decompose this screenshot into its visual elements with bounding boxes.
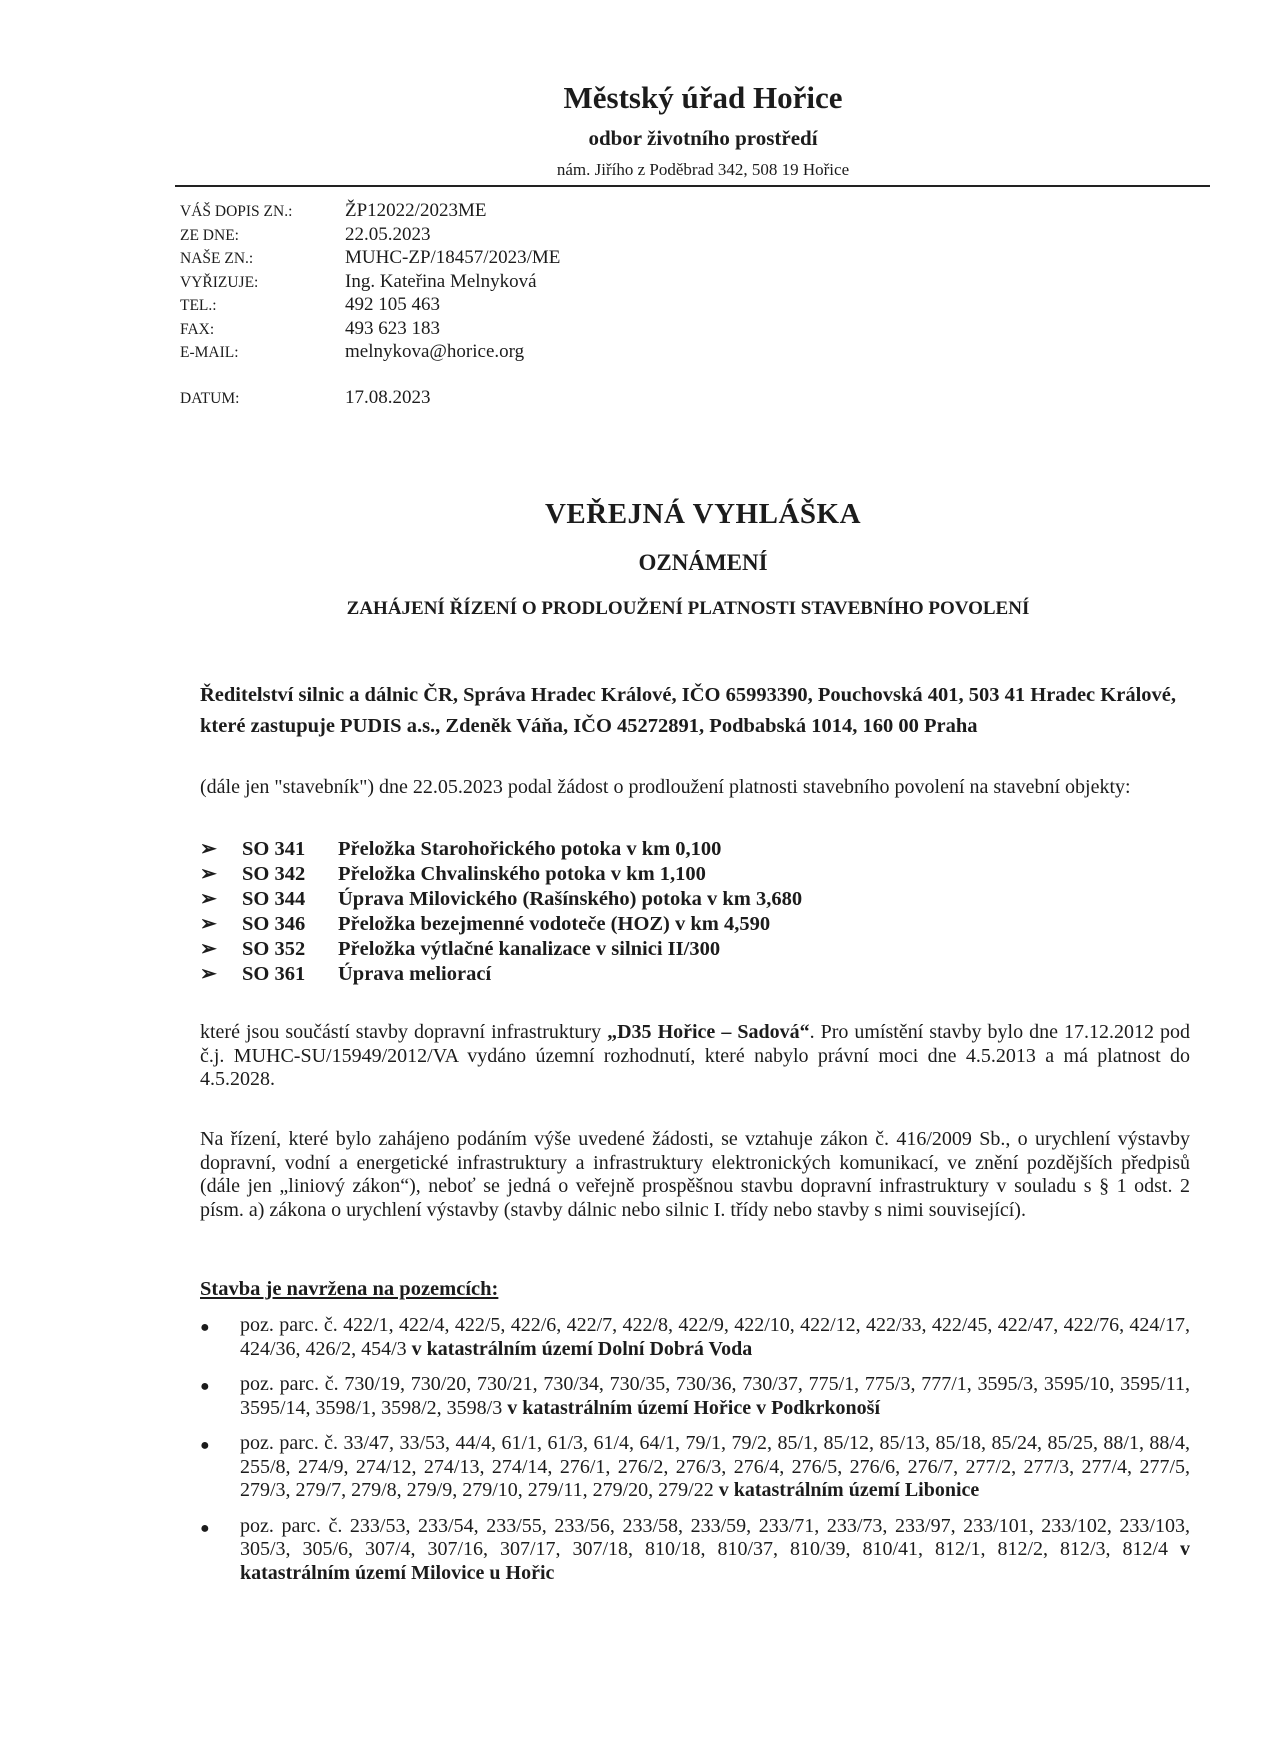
parcels-heading: Stavba je navržena na pozemcích: (200, 1278, 498, 1301)
paragraph-text: které jsou součástí stavby dopravní infr… (200, 1021, 607, 1043)
cadastral-territory: v katastrálním území Hořice v Podkrkonoš… (507, 1397, 880, 1419)
meta-label: ZE DNE: (180, 227, 345, 245)
arrow-bullet-icon: ➢ (200, 836, 242, 861)
list-item: ➢SO 344Úprava Milovického (Rašínského) p… (200, 886, 802, 911)
parcel-numbers: poz. parc. č. 33/47, 33/53, 44/4, 61/1, … (240, 1432, 1190, 1501)
parcel-text: poz. parc. č. 233/53, 233/54, 233/55, 23… (240, 1515, 1190, 1586)
meta-value: 22.05.2023 (345, 224, 431, 246)
meta-value: MUHC-ZP/18457/2023/ME (345, 247, 560, 269)
parcel-text: poz. parc. č. 422/1, 422/4, 422/5, 422/6… (240, 1314, 1190, 1361)
law-paragraph: Na řízení, které bylo zahájeno podáním v… (200, 1128, 1190, 1222)
object-code: SO 352 (242, 938, 338, 961)
applicant-name: Ředitelství silnic a dálnic ČR, Správa H… (200, 683, 1190, 708)
list-item: ➢SO 342Přeložka Chvalinského potoka v km… (200, 861, 802, 886)
parcel-text: poz. parc. č. 730/19, 730/20, 730/21, 73… (240, 1373, 1190, 1420)
meta-row: VYŘIZUJE:Ing. Kateřina Melnyková (180, 271, 560, 295)
object-code: SO 342 (242, 863, 338, 886)
list-item: ➢SO 361Úprava meliorací (200, 961, 802, 986)
department-name: odbor životního prostředí (0, 126, 1276, 151)
object-code: SO 341 (242, 838, 338, 861)
list-item: ●poz. parc. č. 422/1, 422/4, 422/5, 422/… (200, 1314, 1190, 1361)
meta-row: ZE DNE:22.05.2023 (180, 224, 560, 248)
object-name: Přeložka Chvalinského potoka v km 1,100 (338, 863, 706, 886)
applicant-representative: které zastupuje PUDIS a.s., Zdeněk Váňa,… (200, 714, 1190, 739)
office-address: nám. Jiřího z Poděbrad 342, 508 19 Hořic… (0, 160, 1276, 180)
cadastral-territory: v katastrálním území Libonice (719, 1479, 980, 1501)
parcel-text: poz. parc. č. 33/47, 33/53, 44/4, 61/1, … (240, 1432, 1190, 1503)
arrow-bullet-icon: ➢ (200, 961, 242, 986)
meta-row: FAX:493 623 183 (180, 318, 560, 342)
object-code: SO 344 (242, 888, 338, 911)
reference-block: VÁŠ DOPIS ZN.:ŽP12022/2023ME ZE DNE:22.0… (180, 200, 560, 410)
meta-row: NAŠE ZN.:MUHC-ZP/18457/2023/ME (180, 247, 560, 271)
list-item: ➢SO 352Přeložka výtlačné kanalizace v si… (200, 936, 802, 961)
bullet-icon: ● (200, 1515, 240, 1586)
bullet-icon: ● (200, 1373, 240, 1420)
notice-subtitle: OZNÁMENÍ (0, 550, 1276, 576)
bullet-icon: ● (200, 1314, 240, 1361)
parcel-numbers: poz. parc. č. 233/53, 233/54, 233/55, 23… (240, 1515, 1190, 1561)
office-name: Městský úřad Hořice (0, 80, 1276, 116)
object-code: SO 346 (242, 913, 338, 936)
date-label: DATUM: (180, 390, 345, 408)
list-item: ●poz. parc. č. 233/53, 233/54, 233/55, 2… (200, 1515, 1190, 1586)
cadastral-territory: v katastrálním území Dolní Dobrá Voda (412, 1338, 753, 1360)
meta-label: VYŘIZUJE: (180, 274, 345, 292)
notice-subject: ZAHÁJENÍ ŘÍZENÍ O PRODLOUŽENÍ PLATNOSTI … (0, 598, 1276, 620)
arrow-bullet-icon: ➢ (200, 886, 242, 911)
meta-label: VÁŠ DOPIS ZN.: (180, 203, 345, 221)
meta-value: ŽP12022/2023ME (345, 200, 486, 222)
meta-row: TEL.:492 105 463 (180, 294, 560, 318)
project-name: „D35 Hořice – Sadová“ (607, 1021, 809, 1043)
arrow-bullet-icon: ➢ (200, 861, 242, 886)
notice-title: VEŘEJNÁ VYHLÁŠKA (0, 498, 1276, 531)
arrow-bullet-icon: ➢ (200, 936, 242, 961)
header-divider (175, 185, 1210, 187)
meta-label: FAX: (180, 321, 345, 339)
object-name: Přeložka výtlačné kanalizace v silnici I… (338, 938, 720, 961)
date-row: DATUM:17.08.2023 (180, 387, 560, 411)
arrow-bullet-icon: ➢ (200, 911, 242, 936)
list-item: ●poz. parc. č. 730/19, 730/20, 730/21, 7… (200, 1373, 1190, 1420)
bullet-icon: ● (200, 1432, 240, 1503)
list-item: ➢SO 346Přeložka bezejmenné vodoteče (HOZ… (200, 911, 802, 936)
infrastructure-paragraph: které jsou součástí stavby dopravní infr… (200, 1021, 1190, 1092)
email-value: melnykova@horice.org (345, 341, 524, 363)
parcels-list: ●poz. parc. č. 422/1, 422/4, 422/5, 422/… (200, 1314, 1190, 1597)
meta-label: TEL.: (180, 297, 345, 315)
applicant-block: Ředitelství silnic a dálnic ČR, Správa H… (200, 683, 1190, 739)
meta-label: NAŠE ZN.: (180, 250, 345, 268)
meta-row: VÁŠ DOPIS ZN.:ŽP12022/2023ME (180, 200, 560, 224)
list-item: ➢SO 341Přeložka Starohořického potoka v … (200, 836, 802, 861)
date-value: 17.08.2023 (345, 387, 431, 409)
object-name: Úprava Milovického (Rašínského) potoka v… (338, 888, 802, 911)
building-objects-list: ➢SO 341Přeložka Starohořického potoka v … (200, 836, 802, 986)
object-name: Přeložka bezejmenné vodoteče (HOZ) v km … (338, 913, 770, 936)
meta-value: 493 623 183 (345, 318, 440, 340)
object-name: Úprava meliorací (338, 963, 491, 986)
meta-value: 492 105 463 (345, 294, 440, 316)
object-name: Přeložka Starohořického potoka v km 0,10… (338, 838, 721, 861)
meta-value: Ing. Kateřina Melnyková (345, 271, 537, 293)
meta-row: E-MAIL:melnykova@horice.org (180, 341, 560, 365)
meta-label: E-MAIL: (180, 344, 345, 362)
intro-paragraph: (dále jen "stavebník") dne 22.05.2023 po… (200, 776, 1190, 800)
list-item: ●poz. parc. č. 33/47, 33/53, 44/4, 61/1,… (200, 1432, 1190, 1503)
object-code: SO 361 (242, 963, 338, 986)
